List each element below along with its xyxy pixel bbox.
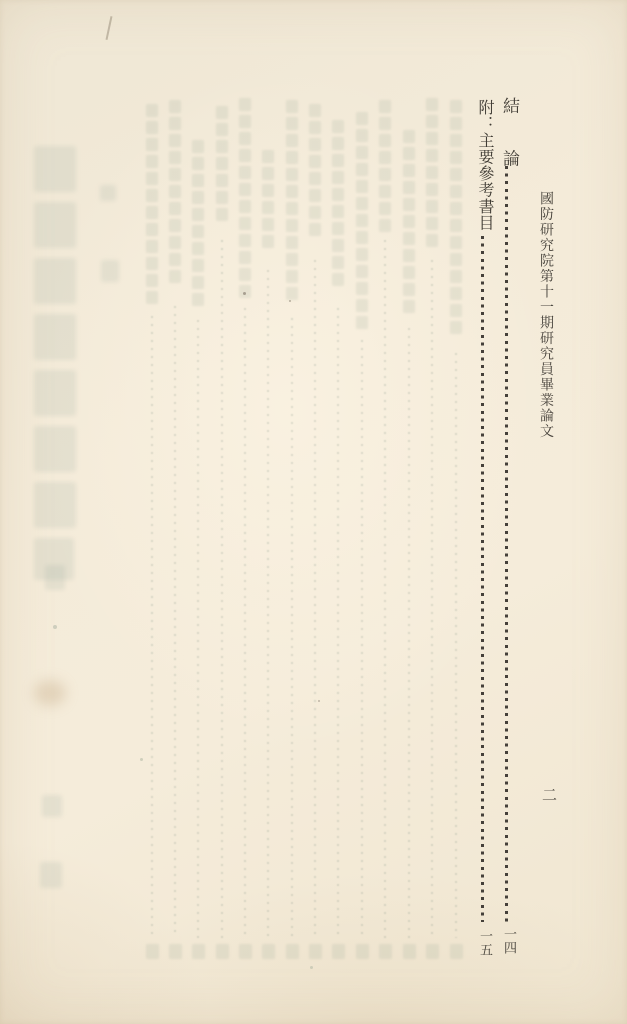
ghost-char-blob xyxy=(239,217,251,230)
ghost-char-blob xyxy=(356,316,368,329)
ghost-char-blob xyxy=(379,185,391,198)
ghost-char-blob xyxy=(192,174,204,187)
ghost-char-blob xyxy=(332,188,344,201)
ghost-char-blob xyxy=(216,174,228,187)
ghost-char-blob xyxy=(309,138,321,151)
ghost-page-number-blob xyxy=(216,944,229,959)
ghost-char-blob xyxy=(403,181,415,194)
ghost-char-blob xyxy=(216,123,228,136)
ghost-title-char-blob xyxy=(34,370,76,416)
ghost-char-blob xyxy=(450,202,462,215)
ghost-page-number-blob xyxy=(379,944,392,959)
ghost-dotted-leader xyxy=(221,240,223,938)
ghost-char-blob xyxy=(450,321,462,334)
ghost-page-number-blob xyxy=(192,944,205,959)
ghost-char-blob xyxy=(332,171,344,184)
ghost-char-blob xyxy=(146,206,158,219)
ghost-char-blob xyxy=(146,104,158,117)
ghost-char-blob xyxy=(309,155,321,168)
side-caption: 國防研究院第十一期研究員畢業論文 xyxy=(535,191,555,439)
ghost-char-blob xyxy=(262,150,274,163)
ghost-char-blob xyxy=(450,151,462,164)
ghost-char-blob xyxy=(239,98,251,111)
ghost-char-blob xyxy=(262,201,274,214)
ghost-char-blob xyxy=(403,232,415,245)
ghost-char-blob xyxy=(146,274,158,287)
ghost-char-blob xyxy=(426,149,438,162)
ghost-dotted-leader xyxy=(151,316,153,938)
ghost-char-blob xyxy=(309,206,321,219)
ghost-char-blob xyxy=(450,117,462,130)
ghost-char-blob xyxy=(356,282,368,295)
ghost-char-blob xyxy=(216,191,228,204)
ghost-char-blob xyxy=(146,240,158,253)
ghost-char-blob xyxy=(169,151,181,164)
ghost-char-blob xyxy=(356,197,368,210)
toc-entry-bibliography-title: 附：主要參考書目 xyxy=(473,99,496,231)
ghost-char-blob xyxy=(332,273,344,286)
ghost-page-number-blob xyxy=(356,944,369,959)
folio-number: 二 xyxy=(538,787,559,802)
ghost-char-blob xyxy=(450,287,462,300)
ghost-char-blob xyxy=(286,134,298,147)
ghost-char-blob xyxy=(262,167,274,180)
ghost-char-blob xyxy=(192,259,204,272)
ghost-char-blob xyxy=(356,129,368,142)
ghost-char-blob xyxy=(216,106,228,119)
ghost-char-blob xyxy=(403,249,415,262)
ghost-char-blob xyxy=(286,236,298,249)
ghost-char-blob xyxy=(309,223,321,236)
ghost-page-number-blob xyxy=(426,944,439,959)
ghost-char-blob xyxy=(332,154,344,167)
ghost-char-blob xyxy=(169,270,181,283)
toc-entry-conclusion-page: 一四 xyxy=(500,927,519,955)
ghost-dotted-leader xyxy=(267,270,269,938)
ghost-char-blob xyxy=(216,140,228,153)
ghost-char-blob xyxy=(403,198,415,211)
ghost-char-blob xyxy=(356,248,368,261)
ghost-char-blob xyxy=(169,236,181,249)
ghost-char-blob xyxy=(403,164,415,177)
ghost-char-blob xyxy=(192,191,204,204)
ghost-char-blob xyxy=(239,132,251,145)
ghost-char-blob xyxy=(426,98,438,111)
ghost-char-blob xyxy=(332,239,344,252)
ghost-char-blob xyxy=(169,202,181,215)
ghost-char-blob xyxy=(262,235,274,248)
ghost-char-blob xyxy=(262,184,274,197)
ghost-title-char-blob xyxy=(34,258,76,304)
ghost-char-blob xyxy=(309,172,321,185)
ghost-title-char-blob xyxy=(34,538,74,580)
paper-speck xyxy=(318,700,320,702)
ghost-char-blob xyxy=(216,208,228,221)
ghost-char-blob xyxy=(403,147,415,160)
ghost-char-blob xyxy=(146,257,158,270)
ghost-dotted-leader xyxy=(197,320,199,938)
ghost-title-char-blob xyxy=(34,146,76,192)
ghost-page-number-blob xyxy=(450,944,463,959)
ghost-char-blob xyxy=(239,234,251,247)
ghost-title-char-blob xyxy=(42,795,62,817)
ghost-char-blob xyxy=(332,256,344,269)
ghost-char-blob xyxy=(309,121,321,134)
paper-speck xyxy=(289,300,291,302)
ghost-char-blob xyxy=(403,300,415,313)
ghost-char-blob xyxy=(192,293,204,306)
ghost-title-char-blob xyxy=(40,862,62,888)
ghost-char-blob xyxy=(450,219,462,232)
ghost-char-blob xyxy=(169,134,181,147)
ghost-char-blob xyxy=(286,117,298,130)
toc-entry-conclusion-title: 結 論 xyxy=(497,97,522,167)
ghost-char-blob xyxy=(216,157,228,170)
ghost-char-blob xyxy=(426,200,438,213)
ghost-char-blob xyxy=(309,104,321,117)
paper-speck xyxy=(310,966,313,969)
ghost-char-blob xyxy=(286,287,298,300)
ghost-char-blob xyxy=(450,185,462,198)
ghost-char-blob xyxy=(450,236,462,249)
ghost-dotted-leader xyxy=(314,260,316,938)
ghost-char-blob xyxy=(356,146,368,159)
ghost-char-blob xyxy=(169,100,181,113)
ghost-char-blob xyxy=(403,266,415,279)
ghost-char-blob xyxy=(379,100,391,113)
ghost-char-blob xyxy=(332,222,344,235)
dotted-leader-bibliography xyxy=(481,236,484,922)
ghost-dotted-leader xyxy=(408,328,410,938)
ghost-char-blob xyxy=(332,205,344,218)
ghost-page-number-blob xyxy=(169,944,182,959)
ghost-char-blob xyxy=(286,202,298,215)
ghost-page-number-blob xyxy=(309,944,322,959)
ghost-char-blob xyxy=(426,234,438,247)
ghost-char-blob xyxy=(239,115,251,128)
ghost-dotted-leader xyxy=(291,318,293,938)
ghost-title-char-blob xyxy=(34,314,76,360)
ghost-char-blob xyxy=(169,168,181,181)
ghost-char-blob xyxy=(379,134,391,147)
ghost-char-blob xyxy=(426,132,438,145)
ghost-char-blob xyxy=(309,189,321,202)
ghost-char-blob xyxy=(379,117,391,130)
ghost-char-blob xyxy=(169,219,181,232)
ghost-char-blob xyxy=(146,223,158,236)
ghost-char-blob xyxy=(426,183,438,196)
ghost-dotted-leader xyxy=(337,308,339,938)
ghost-dotted-leader xyxy=(455,353,457,938)
paper-speck xyxy=(53,625,57,629)
ghost-char-blob xyxy=(146,172,158,185)
ghost-page-number-blob xyxy=(239,944,252,959)
ghost-char-blob xyxy=(332,137,344,150)
ghost-dotted-leader xyxy=(431,260,433,938)
ghost-char-blob xyxy=(146,155,158,168)
ghost-char-blob xyxy=(239,183,251,196)
ghost-dotted-leader xyxy=(361,340,363,938)
ghost-char-blob xyxy=(192,225,204,238)
ghost-char-blob xyxy=(356,163,368,176)
ghost-char-blob xyxy=(262,218,274,231)
ghost-dotted-leader xyxy=(384,240,386,938)
ghost-char-blob xyxy=(146,138,158,151)
ghost-char-blob xyxy=(286,253,298,266)
ghost-char-blob xyxy=(192,242,204,255)
ghost-char-blob xyxy=(239,285,251,298)
ghost-char-blob xyxy=(450,134,462,147)
ghost-char-blob xyxy=(146,189,158,202)
ghost-char-blob xyxy=(239,251,251,264)
ghost-page-number-blob xyxy=(286,944,299,959)
ghost-char-blob xyxy=(403,130,415,143)
ghost-char-blob xyxy=(192,140,204,153)
ghost-title-char-blob xyxy=(45,565,65,590)
ghost-char-blob xyxy=(286,151,298,164)
ghost-char-blob xyxy=(356,180,368,193)
ghost-char-blob xyxy=(379,168,391,181)
ghost-char-blob xyxy=(146,291,158,304)
ghost-char-blob xyxy=(450,270,462,283)
paper-stain xyxy=(34,680,66,706)
toc-entry-bibliography-page: 一五 xyxy=(476,929,495,957)
ghost-char-blob xyxy=(146,121,158,134)
paper-speck xyxy=(140,758,143,761)
ghost-char-blob xyxy=(426,166,438,179)
ghost-char-blob xyxy=(379,219,391,232)
ghost-title-char-blob xyxy=(101,260,119,282)
ghost-char-blob xyxy=(192,157,204,170)
ghost-char-blob xyxy=(356,231,368,244)
ghost-char-blob xyxy=(450,304,462,317)
ghost-page-number-blob xyxy=(262,944,275,959)
ghost-char-blob xyxy=(286,219,298,232)
ghost-title-char-blob xyxy=(100,185,116,201)
ghost-dotted-leader xyxy=(174,306,176,938)
ghost-char-blob xyxy=(450,100,462,113)
ghost-dotted-leader xyxy=(244,308,246,938)
ghost-char-blob xyxy=(169,117,181,130)
ghost-title-char-blob xyxy=(34,482,76,528)
ghost-char-blob xyxy=(169,185,181,198)
ghost-char-blob xyxy=(192,208,204,221)
ghost-char-blob xyxy=(450,253,462,266)
ghost-char-blob xyxy=(426,115,438,128)
ghost-char-blob xyxy=(356,214,368,227)
ghost-page-number-blob xyxy=(332,944,345,959)
ghost-title-char-blob xyxy=(34,426,76,472)
ghost-char-blob xyxy=(403,283,415,296)
paper-scratch xyxy=(106,16,112,40)
dotted-leader-conclusion xyxy=(505,166,508,922)
ghost-char-blob xyxy=(286,185,298,198)
ghost-page-number-blob xyxy=(146,944,159,959)
ghost-title-char-blob xyxy=(34,202,76,248)
ghost-char-blob xyxy=(379,151,391,164)
ghost-page-number-blob xyxy=(403,944,416,959)
scanned-page: 國防研究院第十一期研究員畢業論文 結 論 一四 附：主要參考書目 一五 二 xyxy=(0,0,627,1024)
ghost-char-blob xyxy=(192,276,204,289)
ghost-char-blob xyxy=(356,112,368,125)
ghost-char-blob xyxy=(169,253,181,266)
ghost-char-blob xyxy=(286,270,298,283)
ghost-char-blob xyxy=(332,120,344,133)
ghost-char-blob xyxy=(239,166,251,179)
ghost-char-blob xyxy=(239,200,251,213)
paper-speck xyxy=(243,292,246,295)
ghost-char-blob xyxy=(356,299,368,312)
ghost-char-blob xyxy=(426,217,438,230)
ghost-char-blob xyxy=(286,168,298,181)
ghost-char-blob xyxy=(286,100,298,113)
ghost-char-blob xyxy=(356,265,368,278)
ghost-char-blob xyxy=(239,268,251,281)
ghost-char-blob xyxy=(239,149,251,162)
ghost-char-blob xyxy=(403,215,415,228)
ghost-char-blob xyxy=(379,202,391,215)
show-through-ghost-layer xyxy=(0,0,627,1024)
ghost-char-blob xyxy=(450,168,462,181)
